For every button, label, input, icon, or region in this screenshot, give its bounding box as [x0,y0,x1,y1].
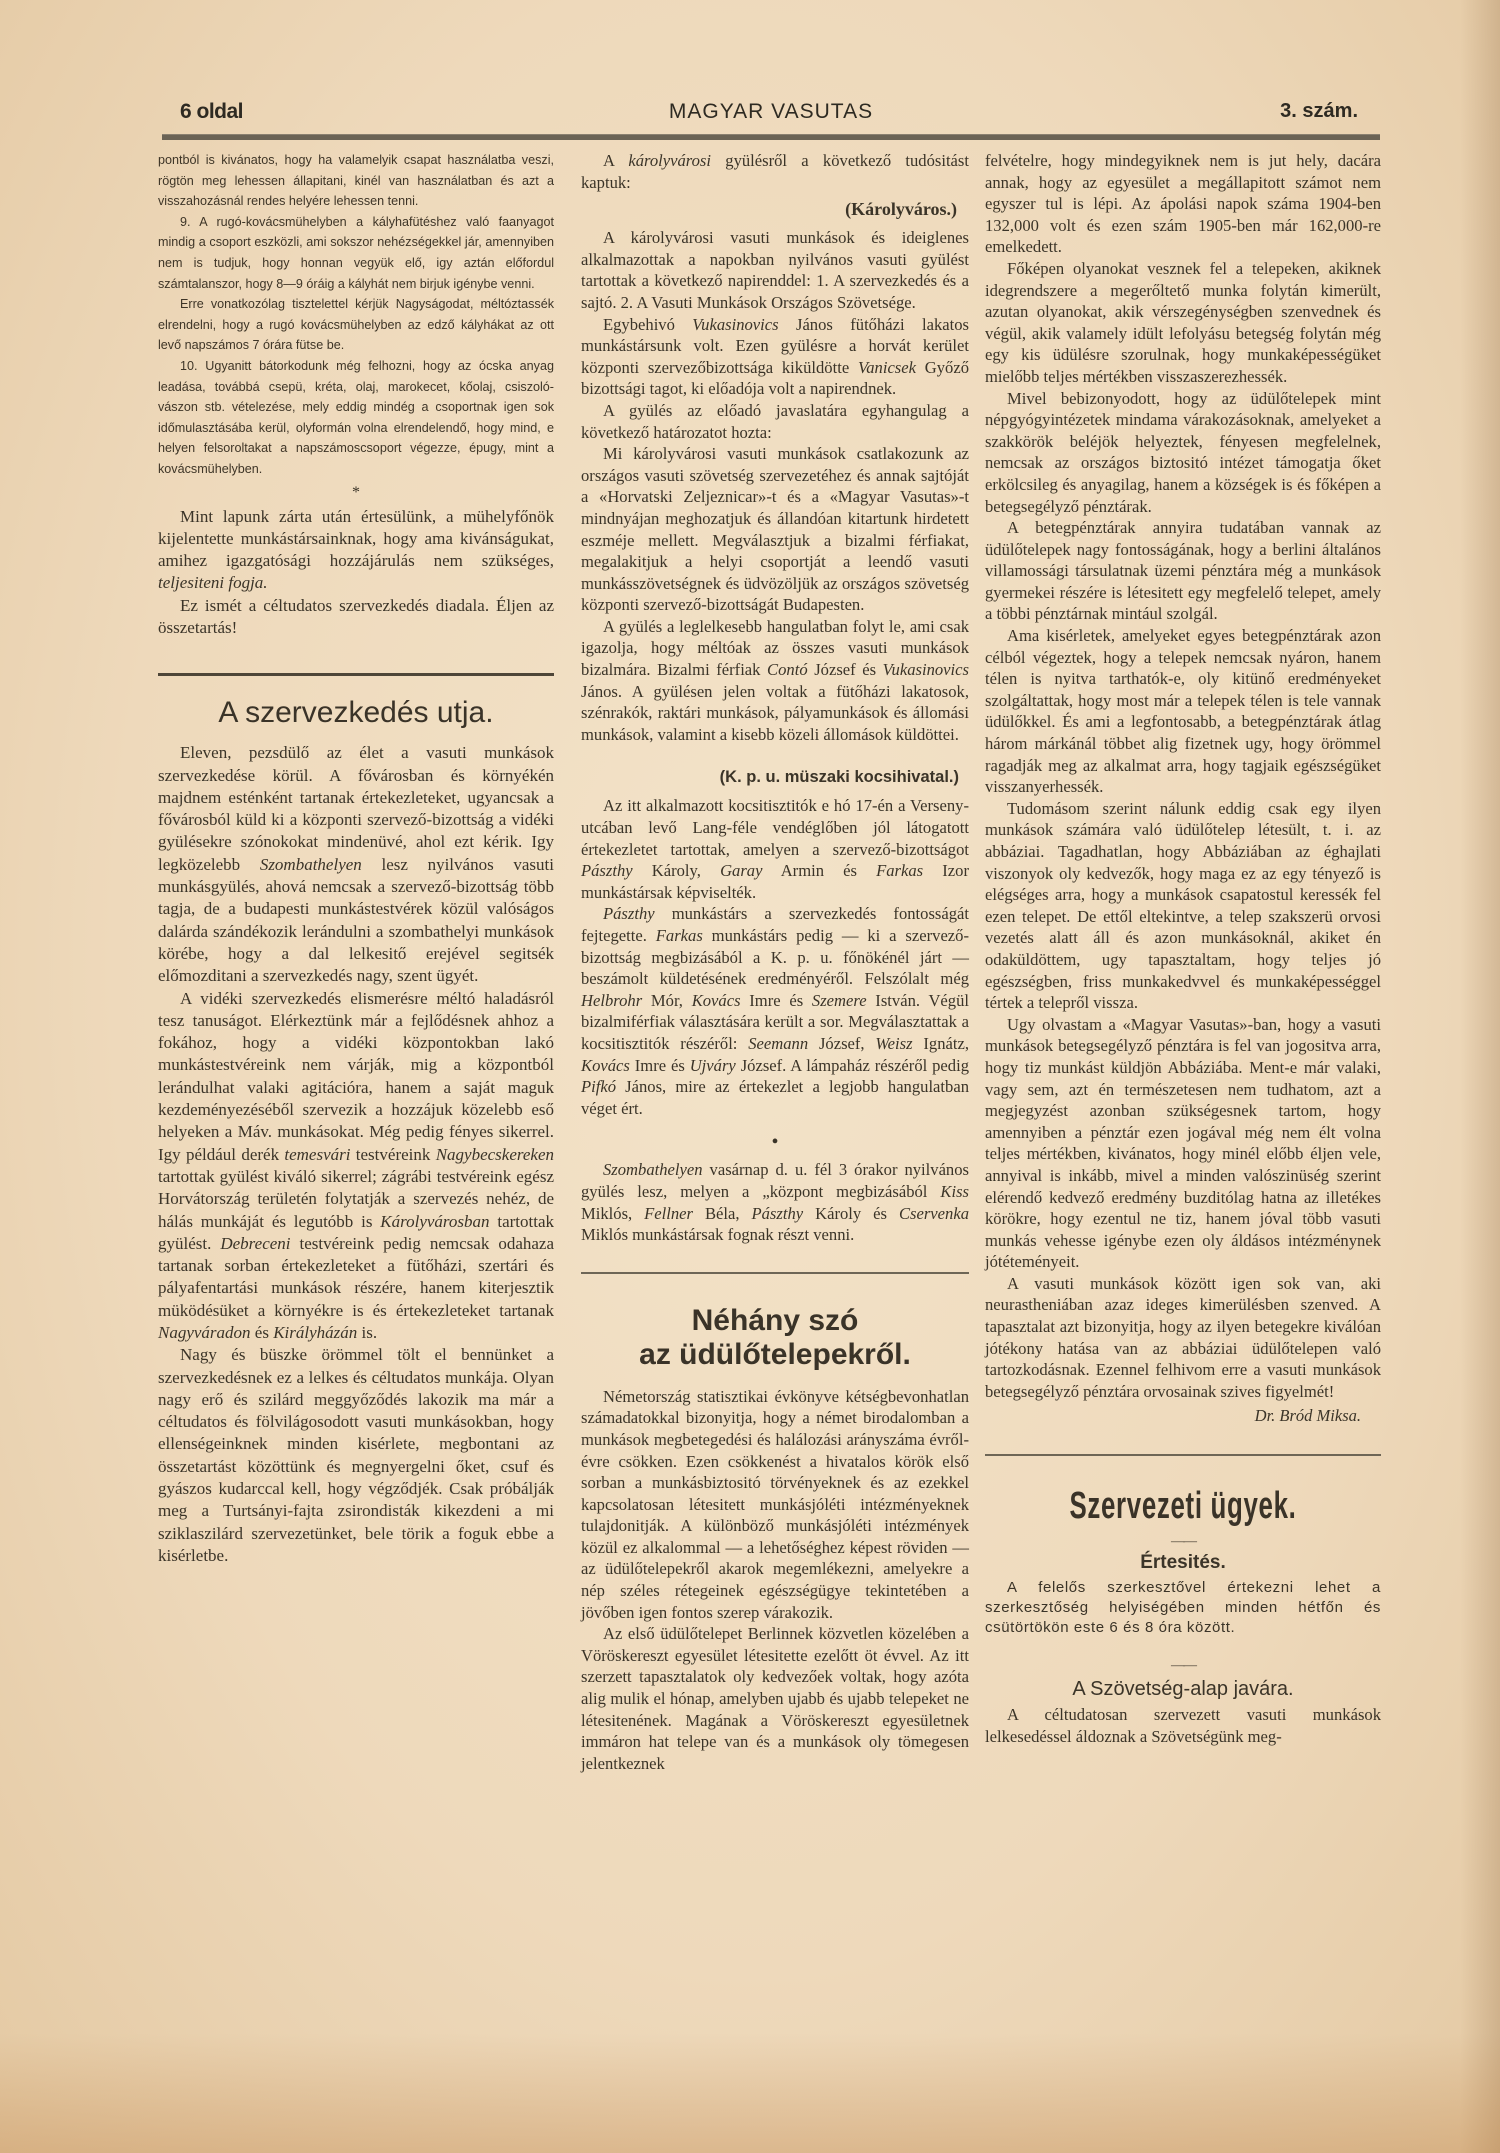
page-bottom-stain [0,2033,1500,2153]
emphasized-name: Debreceni [220,1234,290,1253]
article-divider [581,1272,969,1274]
section-divider [985,1454,1381,1456]
report-paragraph: A gyülés a leglelkesebb hangulatban foly… [581,616,969,746]
dash-ornament: —— [985,1536,1381,1548]
report-paragraph: Egybehivó Vukasinovics János fütőházi la… [581,314,969,400]
article-paragraph: felvételre, hogy mindegyiknek nem is jut… [985,150,1381,258]
emphasized-name: Garay [720,861,762,880]
intro-paragraph: A károlyvárosi gyülésről a következő tud… [581,150,969,193]
fund-text: A céltudatosan szervezett vasuti munkáso… [985,1704,1381,1747]
article-paragraph: A betegpénztárak annyira tudatában vanna… [985,517,1381,625]
emphasized-name: Kiss [940,1182,969,1201]
emphasized-name: Pászthy [752,1204,804,1223]
news-paragraph: Mint lapunk zárta után értesülünk, a müh… [158,506,554,595]
paragraph: pontból is kivánatos, hogy ha valamelyik… [158,150,554,212]
report-paragraph: Az itt alkalmazott kocsitisztitók e hó 1… [581,795,969,903]
news-text: Mint lapunk zárta után értesülünk, a müh… [158,507,554,571]
emphasized-name: Nagybecskereken [436,1145,554,1164]
emphasized-name: Seemann [748,1034,808,1053]
emphasized-name: Szombathelyen [603,1160,703,1179]
emphasized-name: Károlyvárosban [380,1212,489,1231]
masthead-title: MAGYAR VASUTAS [162,100,1380,124]
emphasized-name: Contó [767,660,808,679]
article-title: Néhány szó az üdülőtelepekről. [581,1304,969,1372]
emphasized-name: Ujváry [690,1056,736,1075]
emphasized-name: Cservenka [899,1204,969,1223]
article-paragraph: Mivel bebizonyodott, hogy az üdülőtelepe… [985,388,1381,518]
subheading-kocsihivatal: (K. p. u. müszaki kocsihivatal.) [581,765,959,789]
article-paragraph: Főképen olyanokat vesznek fel a telepeke… [985,258,1381,388]
author-signature: Dr. Bród Miksa. [985,1404,1361,1428]
header-rule [162,134,1380,140]
emphasized-name: Weisz [875,1034,912,1053]
emphasized-name: Pifkó [581,1077,616,1096]
report-paragraph: Szombathelyen vasárnap d. u. fél 3 órako… [581,1159,969,1245]
title-line: Néhány szó [692,1304,859,1337]
article-paragraph: A vidéki szervezkedés elismerésre méltó … [158,988,554,1345]
section-bullet: • [581,1131,969,1153]
notice-title: Értesités. [985,1550,1381,1576]
article-paragraph: Németország statisztikai évkönyve kétség… [581,1386,969,1624]
news-paragraph: Ez ismét a céltudatos szervezkedés diada… [158,595,554,640]
emphasized-name: Vukasinovics [883,660,969,679]
issue-number: 3. szám. [1280,100,1358,123]
fund-title: A Szövetség-alap javára. [985,1676,1381,1702]
article-paragraph: Ama kisérletek, amelyeket egyes betegpén… [985,625,1381,798]
emphasized-name: Szombathelyen [260,855,362,874]
emphasized-name: Pászthy [603,904,655,923]
emphasized-name: Helbrohr [581,991,642,1010]
article-divider [158,673,554,676]
emphasized-name: Vukasinovics [692,315,778,334]
paragraph: 9. A rugó-kovácsmühelyben a kályhafütésh… [158,212,554,294]
emphasized-name: Farkas [876,861,923,880]
emphasized-name: Kovács [692,991,741,1010]
section-star: * [158,484,554,502]
page-header: 6 oldal MAGYAR VASUTAS 3. szám. [162,100,1380,134]
article-paragraph: A vasuti munkások között igen sok van, a… [985,1273,1381,1403]
column-right: felvételre, hogy mindegyiknek nem is jut… [985,150,1381,1748]
report-paragraph: Mi károlyvárosi vasuti munkások csatlako… [581,443,969,616]
article-paragraph: Tudomásom szerint nálunk eddig csak egy … [985,798,1381,1014]
article-body: Eleven, pezsdülő az élet a vasuti munkás… [158,742,554,1567]
emphasized-name: károlyvárosi [628,151,711,170]
page-edge-shadow [1460,0,1500,2153]
notice-text: A felelős szerkesztővel értekezni lehet … [985,1578,1381,1638]
petition-continuation: pontból is kivánatos, hogy ha valamelyik… [158,150,554,480]
emphasized-name: Farkas [656,926,703,945]
paragraph: Erre vonatkozólag tisztelettel kérjük Na… [158,294,554,356]
column-left: pontból is kivánatos, hogy ha valamelyik… [158,150,554,1567]
subheading-karolyvaros: (Károlyváros.) [581,197,957,221]
article-body: Németország statisztikai évkönyve kétség… [581,1386,969,1775]
dash-ornament: —— [985,1660,1381,1672]
article-paragraph: Az első üdülőtelepet Berlinnek közvetlen… [581,1623,969,1774]
emphasized-name: temesvári [284,1145,350,1164]
article-title: A szervezkedés utja. [158,696,554,730]
emphasized-name: Kovács [581,1056,630,1075]
title-line: az üdülőtelepekről. [639,1338,911,1371]
emphasized-name: Pászthy [581,861,633,880]
emphasized-name: Szemere [812,991,867,1010]
emphasized-name: Királyházán [273,1323,357,1342]
article-continuation: felvételre, hogy mindegyiknek nem is jut… [985,150,1381,1402]
article-paragraph: Nagy és büszke örömmel tölt el bennünket… [158,1344,554,1567]
column-middle: A károlyvárosi gyülésről a következő tud… [581,150,969,1774]
emphasized-name: Vanicsek [858,358,916,377]
paragraph: 10. Ugyanitt bátorkodunk még felhozni, h… [158,356,554,480]
article-paragraph: Eleven, pezsdülő az élet a vasuti munkás… [158,742,554,987]
article-paragraph: Ugy olvastam a «Magyar Vasutas»-ban, hog… [985,1014,1381,1273]
emphasized-name: Nagyváradon [158,1323,251,1342]
report-paragraph: A gyülés az előadó javaslatára egyhangul… [581,400,969,443]
news-emphasis: teljesiteni fogja. [158,573,268,592]
report-paragraph: A károlyvárosi vasuti munkások és ideigl… [581,227,969,313]
report-paragraph: Pászthy munkástárs a szervezkedés fontos… [581,903,969,1119]
section-title: Szervezeti ügyek. [1048,1484,1317,1528]
emphasized-name: Fellner [644,1204,693,1223]
